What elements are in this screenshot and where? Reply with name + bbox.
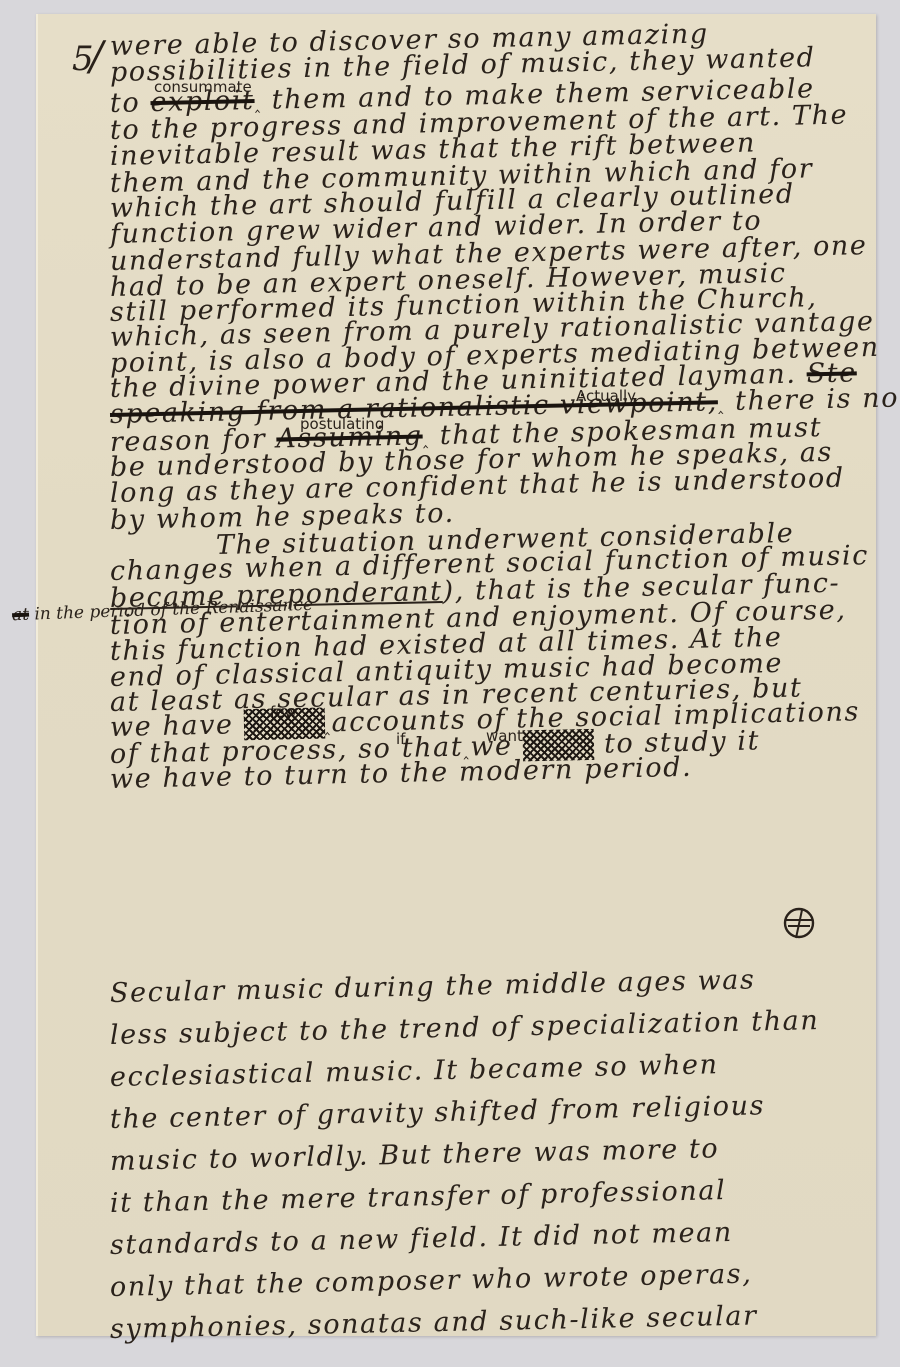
text-line-32: ecclesiastical music. It became so when xyxy=(110,1049,719,1093)
page-number-mark: / xyxy=(90,34,103,80)
margin-struck-word: at xyxy=(12,605,30,626)
text-line-35: it than the mere transfer of professiona… xyxy=(110,1175,727,1219)
insertion-caret: ‸ xyxy=(718,395,725,414)
text-line-34: music to worldly. But there was more to xyxy=(110,1133,720,1177)
text-line-37: only that the composer who wrote operas, xyxy=(110,1259,753,1303)
text-line-38: symphonies, sonatas and such-like secula… xyxy=(110,1300,758,1345)
circled-cross-icon xyxy=(782,906,816,940)
page-number: 5/ xyxy=(72,34,103,80)
text-line-33: the center of gravity shifted from relig… xyxy=(110,1090,766,1135)
manuscript-page: 5/ were able to discover so many amazing… xyxy=(36,14,876,1336)
text-line-30: Secular music during the middle ages was xyxy=(110,964,756,1009)
text-line-36: standards to a new field. It did not mea… xyxy=(110,1217,733,1261)
text-line-31: less subject to the trend of specializat… xyxy=(110,1005,820,1051)
